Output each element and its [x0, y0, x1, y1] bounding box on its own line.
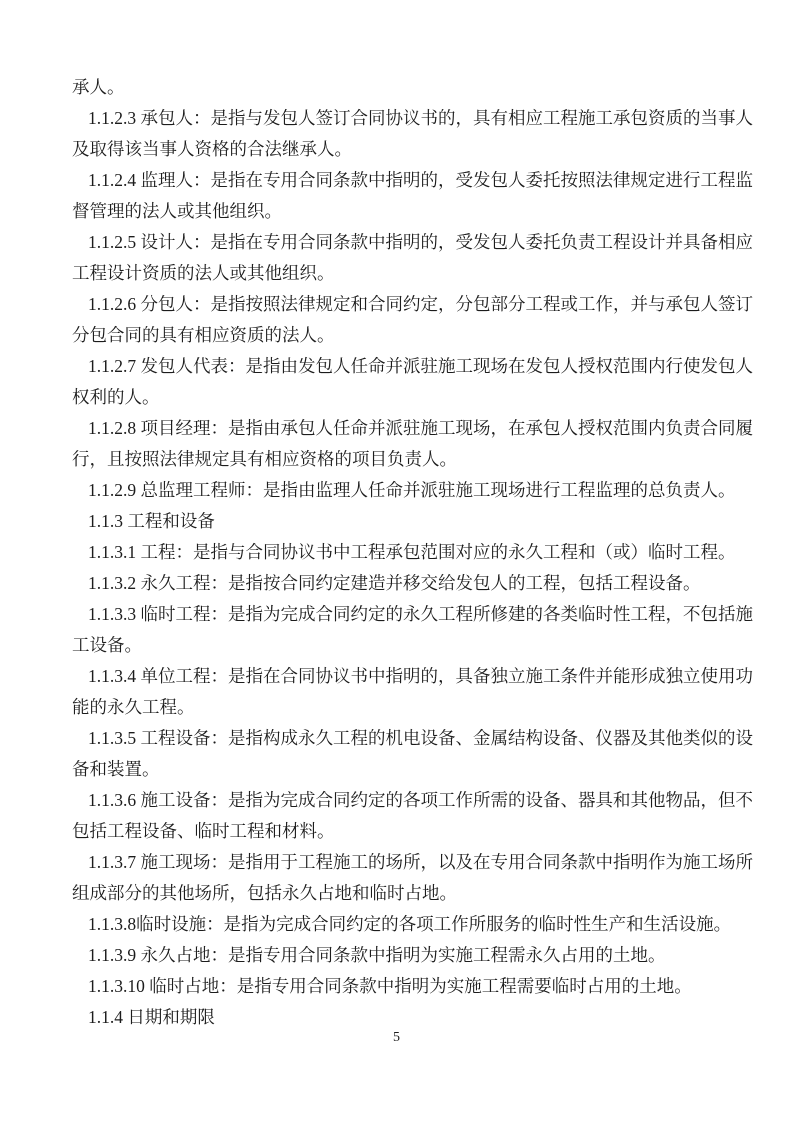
clause-paragraph: 1.1.2.5 设计人：是指在专用合同条款中指明的，受发包人委托负责工程设计并具…: [72, 227, 753, 289]
clause-paragraph: 1.1.2.8 项目经理：是指由承包人任命并派驻施工现场，在承包人授权范围内负责…: [72, 413, 753, 475]
clause-paragraph: 1.1.3.4 单位工程：是指在合同协议书中指明的，具备独立施工条件并能形成独立…: [72, 661, 753, 723]
page-number: 5: [0, 1031, 793, 1045]
paragraph-continuation: 承人。: [72, 72, 753, 103]
clause-paragraph: 1.1.3 工程和设备: [72, 506, 753, 537]
document-body: 承人。 1.1.2.3 承包人：是指与发包人签订合同协议书的，具有相应工程施工承…: [72, 72, 753, 1033]
clause-paragraph: 1.1.3.10 临时占地：是指专用合同条款中指明为实施工程需要临时占用的土地。: [72, 971, 753, 1002]
clause-paragraph: 1.1.3.7 施工现场：是指用于工程施工的场所，以及在专用合同条款中指明作为施…: [72, 847, 753, 909]
clause-paragraph: 1.1.3.6 施工设备：是指为完成合同约定的各项工作所需的设备、器具和其他物品…: [72, 785, 753, 847]
clause-paragraph: 1.1.2.4 监理人：是指在专用合同条款中指明的，受发包人委托按照法律规定进行…: [72, 165, 753, 227]
clause-paragraph: 1.1.2.7 发包人代表：是指由发包人任命并派驻施工现场在发包人授权范围内行使…: [72, 351, 753, 413]
clause-paragraph: 1.1.2.3 承包人：是指与发包人签订合同协议书的，具有相应工程施工承包资质的…: [72, 103, 753, 165]
clause-paragraph: 1.1.3.1 工程：是指与合同协议书中工程承包范围对应的永久工程和（或）临时工…: [72, 537, 753, 568]
clause-paragraph: 1.1.3.2 永久工程：是指按合同约定建造并移交给发包人的工程，包括工程设备。: [72, 568, 753, 599]
document-page: 承人。 1.1.2.3 承包人：是指与发包人签订合同协议书的，具有相应工程施工承…: [0, 0, 793, 1122]
clause-paragraph: 1.1.2.9 总监理工程师：是指由监理人任命并派驻施工现场进行工程监理的总负责…: [72, 475, 753, 506]
clause-paragraph: 1.1.3.3 临时工程：是指为完成合同约定的永久工程所修建的各类临时性工程，不…: [72, 599, 753, 661]
clause-paragraph-list: 1.1.2.3 承包人：是指与发包人签订合同协议书的，具有相应工程施工承包资质的…: [72, 103, 753, 1033]
clause-paragraph: 1.1.2.6 分包人：是指按照法律规定和合同约定，分包部分工程或工作，并与承包…: [72, 289, 753, 351]
clause-paragraph: 1.1.4 日期和期限: [72, 1002, 753, 1033]
clause-paragraph: 1.1.3.8临时设施：是指为完成合同约定的各项工作所服务的临时性生产和生活设施…: [72, 909, 753, 940]
clause-paragraph: 1.1.3.9 永久占地：是指专用合同条款中指明为实施工程需永久占用的土地。: [72, 940, 753, 971]
clause-paragraph: 1.1.3.5 工程设备：是指构成永久工程的机电设备、金属结构设备、仪器及其他类…: [72, 723, 753, 785]
